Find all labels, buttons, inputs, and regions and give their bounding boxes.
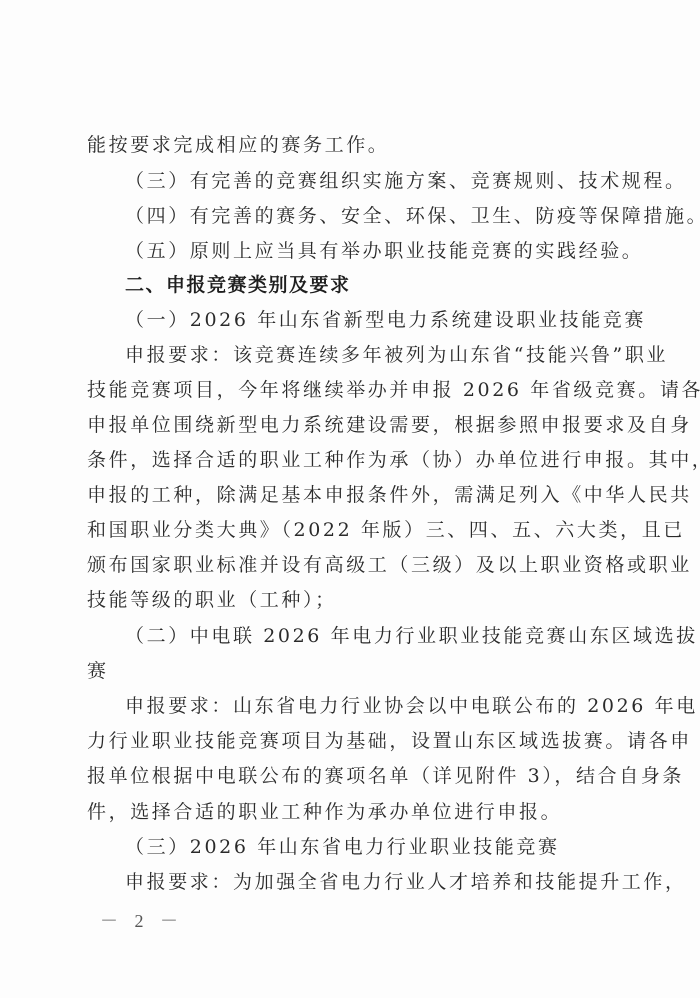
text-line: （二）中电联 2026 年电力行业职业技能竞赛山东区域选拔 xyxy=(125,621,619,651)
text-line: 申报要求：山东省电力行业协会以中电联公布的 2026 年电 xyxy=(125,691,619,721)
text-line: 申报单位围绕新型电力系统建设需要，根据参照申报要求及自身 xyxy=(87,410,619,440)
document-page: 能按要求完成相应的赛务工作。（三）有完善的竞赛组织实施方案、竞赛规则、技术规程。… xyxy=(0,0,700,998)
text-line: （一）2026 年山东省新型电力系统建设职业技能竞赛 xyxy=(125,305,619,335)
text-line: 条件，选择合适的职业工种作为承（协）办单位进行申报。其中， xyxy=(87,445,619,475)
text-line: 技能竞赛项目，今年将继续举办并申报 2026 年省级竞赛。请各 xyxy=(87,375,619,405)
text-line: 能按要求完成相应的赛务工作。 xyxy=(87,130,619,160)
text-line: 技能等级的职业（工种）； xyxy=(87,585,619,615)
text-line: 申报要求：该竞赛连续多年被列为山东省“技能兴鲁”职业 xyxy=(125,340,619,370)
text-line: （五）原则上应当具有举办职业技能竞赛的实践经验。 xyxy=(125,236,619,266)
text-line: （四）有完善的赛务、安全、环保、卫生、防疫等保障措施。 xyxy=(125,201,619,231)
text-line: 颁布国家职业标准并设有高级工（三级）及以上职业资格或职业 xyxy=(87,550,619,580)
text-line: 申报要求：为加强全省电力行业人才培养和技能提升工作， xyxy=(125,867,619,897)
text-line: 赛 xyxy=(87,656,619,686)
text-line: 件，选择合适的职业工种作为承办单位进行申报。 xyxy=(87,797,619,827)
text-line: （三）有完善的竞赛组织实施方案、竞赛规则、技术规程。 xyxy=(125,166,619,196)
section-heading: 二、申报竞赛类别及要求 xyxy=(125,270,619,300)
page-number: － 2 － xyxy=(100,907,184,933)
text-line: （三）2026 年山东省电力行业职业技能竞赛 xyxy=(125,832,619,862)
text-line: 申报的工种，除满足基本申报条件外，需满足列入《中华人民共 xyxy=(87,480,619,510)
text-line: 和国职业分类大典》（2022 年版）三、四、五、六大类，且已 xyxy=(87,515,619,545)
text-line: 报单位根据中电联公布的赛项名单（详见附件 3），结合自身条 xyxy=(87,761,619,791)
text-line: 力行业职业技能竞赛项目为基础，设置山东区域选拔赛。请各申 xyxy=(87,726,619,756)
